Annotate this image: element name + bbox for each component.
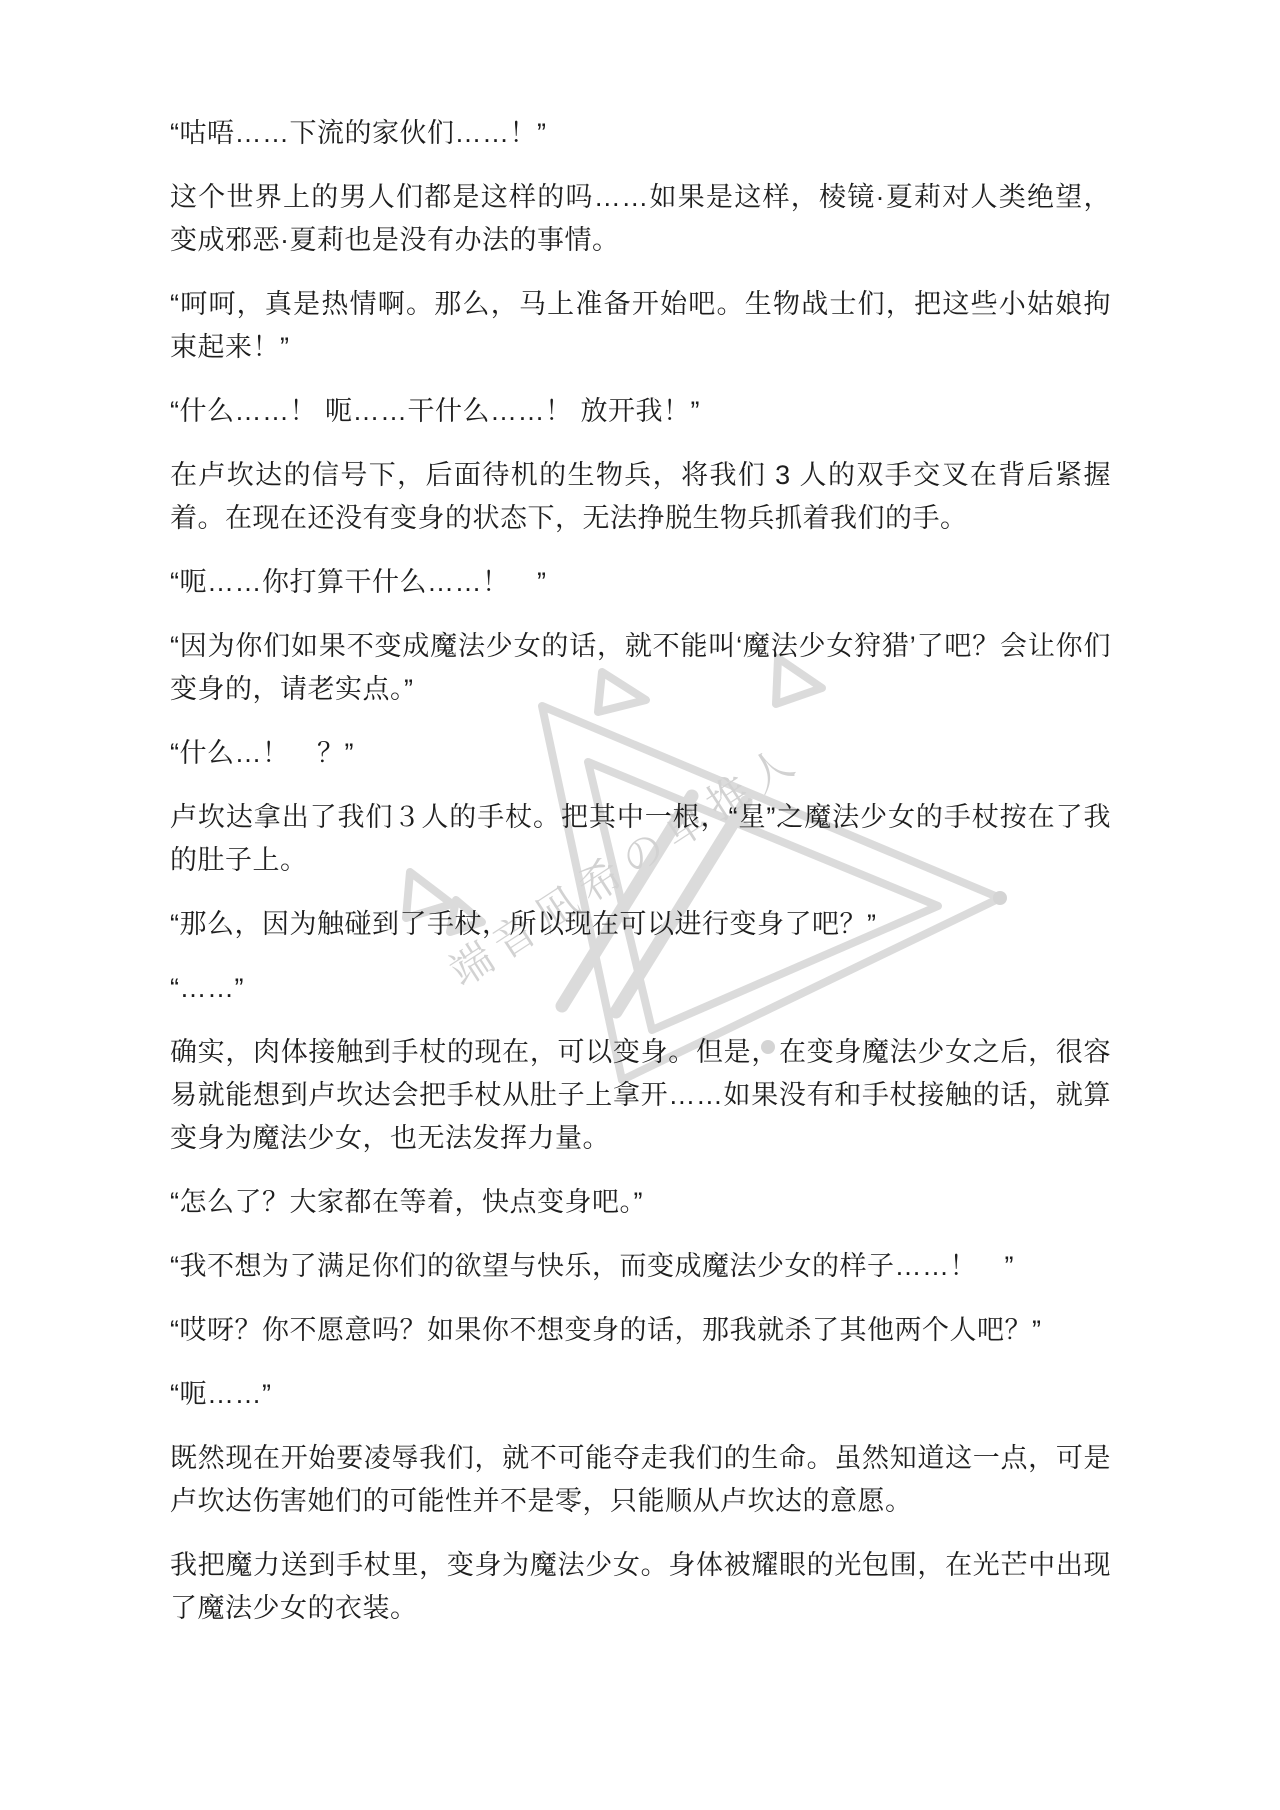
paragraph: “我不想为了满足你们的欲望与快乐，而变成魔法少女的样子……！ ” [170, 1245, 1111, 1288]
document-page: 端音凪希の单推人 “咕唔……下流的家伙们……！”这个世界上的男人们都是这样的吗…… [0, 0, 1280, 1810]
paragraph: 既然现在开始要凌辱我们，就不可能夺走我们的生命。虽然知道这一点，可是卢坎达伤害她… [170, 1437, 1111, 1523]
paragraph: “咕唔……下流的家伙们……！” [170, 112, 1111, 155]
paragraph: “呵呵，真是热情啊。那么，马上准备开始吧。生物战士们，把这些小姑娘拘束起来！” [170, 283, 1111, 369]
paragraph: “什么……！ 呃……干什么……！ 放开我！” [170, 390, 1111, 433]
paragraph: 在卢坎达的信号下，后面待机的生物兵，将我们 3 人的双手交叉在背后紧握着。在现在… [170, 454, 1111, 540]
paragraph: “什么…！ ？” [170, 732, 1111, 775]
paragraph: “怎么了？大家都在等着，快点变身吧。” [170, 1181, 1111, 1224]
paragraph: 这个世界上的男人们都是这样的吗……如果是这样，棱镜·夏莉对人类绝望，变成邪恶·夏… [170, 176, 1111, 262]
paragraph: “因为你们如果不变成魔法少女的话，就不能叫‘魔法少女狩猎’了吧？会让你们变身的，… [170, 625, 1111, 711]
paragraph: 我把魔力送到手杖里，变身为魔法少女。身体被耀眼的光包围，在光芒中出现了魔法少女的… [170, 1544, 1111, 1630]
paragraph: 确实，肉体接触到手杖的现在，可以变身。但是，在变身魔法少女之后，很容易就能想到卢… [170, 1031, 1111, 1160]
paragraph: “……” [170, 967, 1111, 1010]
text-column: “咕唔……下流的家伙们……！”这个世界上的男人们都是这样的吗……如果是这样，棱镜… [170, 112, 1111, 1651]
paragraph: “那么，因为触碰到了手杖，所以现在可以进行变身了吧？” [170, 903, 1111, 946]
paragraph: 卢坎达拿出了我们３人的手杖。把其中一根，“星”之魔法少女的手杖按在了我的肚子上。 [170, 796, 1111, 882]
paragraph: “呃……” [170, 1373, 1111, 1416]
paragraph: “呃……你打算干什么……！ ” [170, 561, 1111, 604]
paragraph: “哎呀？你不愿意吗？如果你不想变身的话，那我就杀了其他两个人吧？” [170, 1309, 1111, 1352]
